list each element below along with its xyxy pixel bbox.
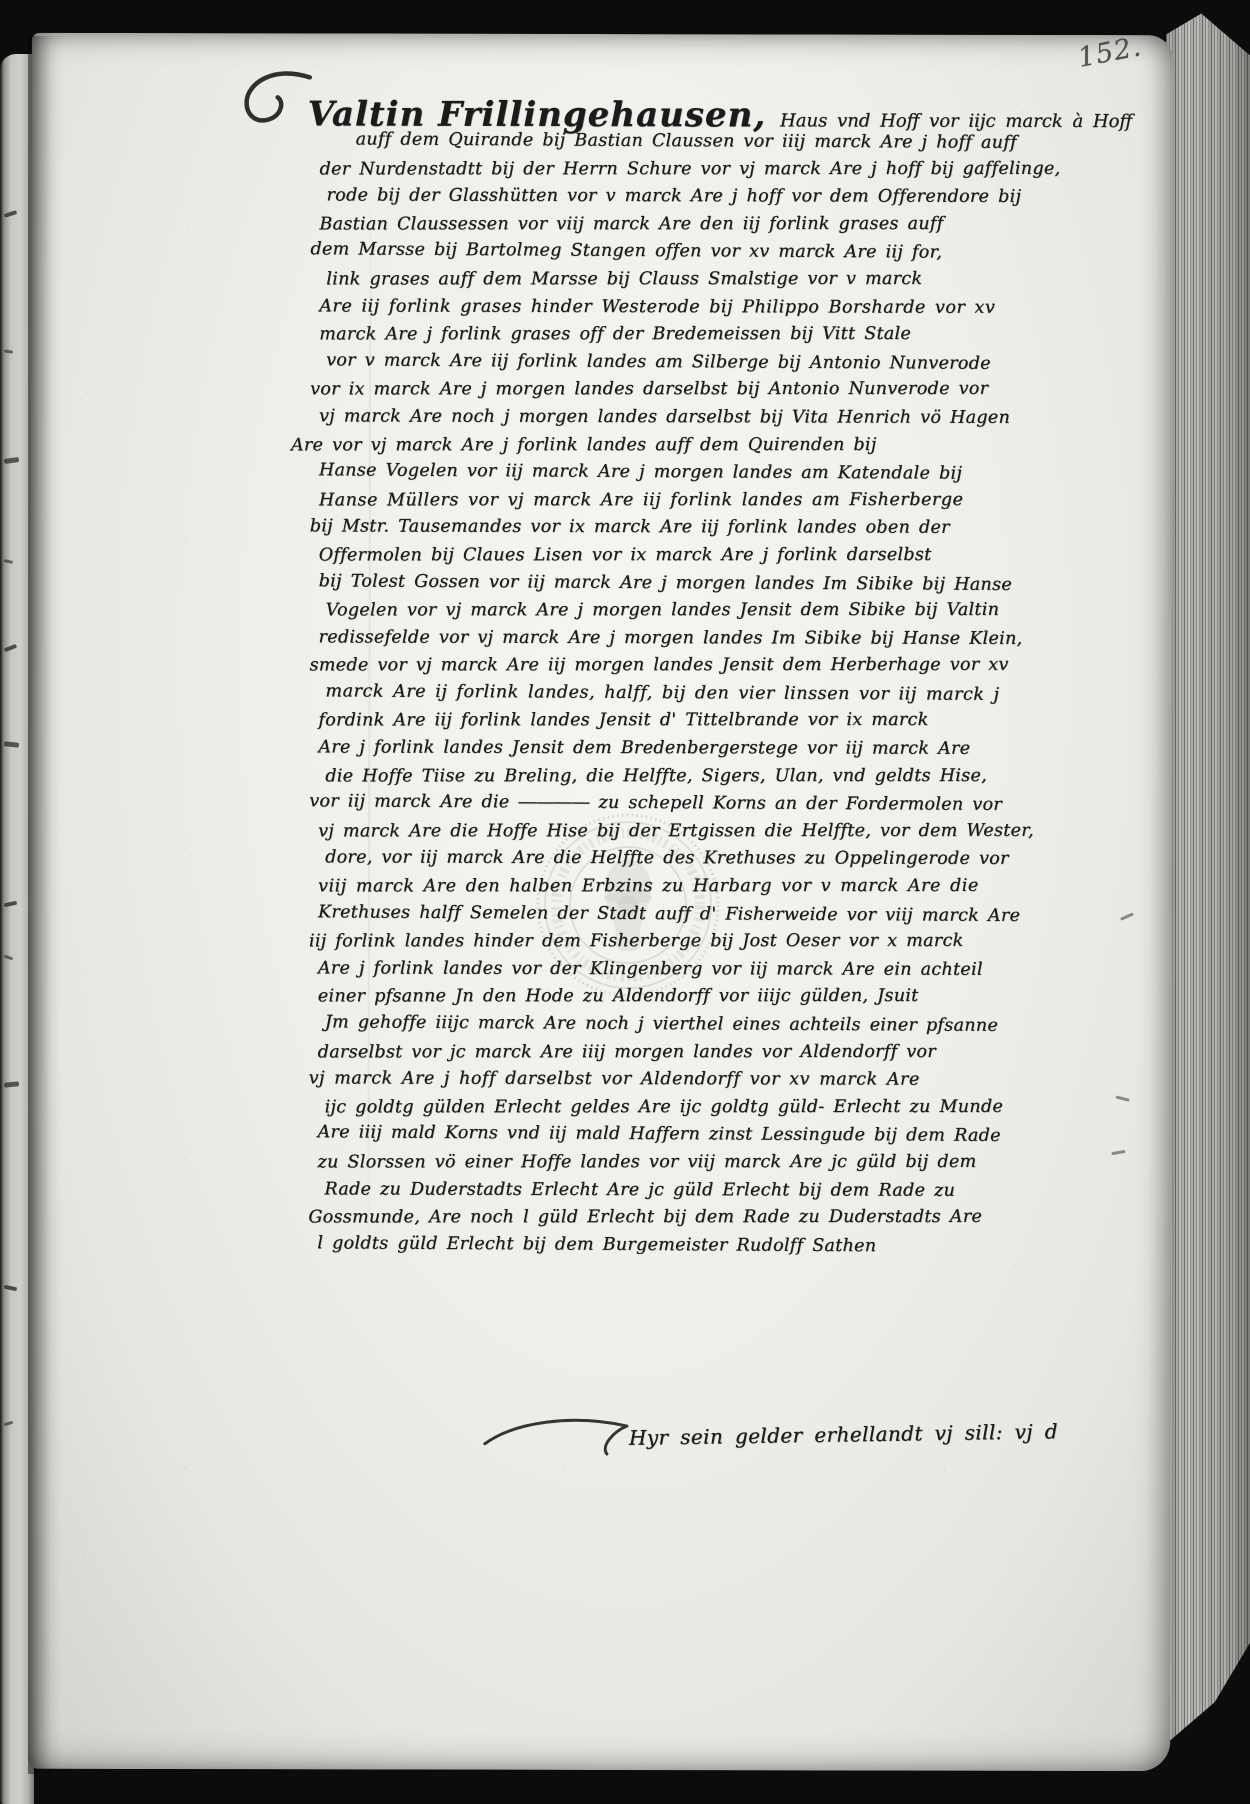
- manuscript-line: redissefelde vor vj marck Are j morgen l…: [319, 624, 1019, 653]
- manuscript-line: bij Tolest Gossen vor iij marck Are j mo…: [319, 568, 1019, 599]
- ink-bleed-mark: [4, 741, 19, 748]
- manuscript-line: fordink Are iij forlink landes Jensit d'…: [318, 707, 1018, 735]
- manuscript-line: Are vor vj marck Are j forlink landes au…: [291, 431, 1019, 459]
- heading-flourish-icon: [240, 67, 314, 137]
- ink-bleed-mark: [4, 644, 18, 653]
- manuscript-line: vor ix marck Are j morgen landes darselb…: [310, 376, 1019, 404]
- manuscript-line: rode bij der Glasshütten vor v marck Are…: [326, 183, 1019, 212]
- archive-stamp-icon: [533, 810, 723, 1000]
- manuscript-line: Gossmunde, Are noch l güld Erlecht bij d…: [308, 1204, 1017, 1232]
- ink-bleed-mark: [4, 901, 18, 908]
- manuscript-line: die Hoffe Tiise zu Breling, die Helffte,…: [325, 763, 1018, 791]
- ink-bleed-mark: [4, 1081, 19, 1088]
- manuscript-line: Rade zu Duderstadts Erlecht Are jc güld …: [324, 1176, 1017, 1205]
- ink-bleed-mark: [4, 559, 13, 564]
- manuscript-line: Offermolen bij Claues Lisen vor ix marck…: [319, 542, 1019, 570]
- manuscript-line: vor v marck Are iij forlink landes am Si…: [326, 347, 1019, 378]
- manuscript-line: der Nurdenstadtt bij der Herrn Schure vo…: [320, 155, 1020, 183]
- scanned-book-photo: 152. Valtin Frillingehausen, Haus vnd Ho…: [0, 0, 1250, 1804]
- sum-note-text: Hyr sein gelder erhellandt vj sill: vj d: [629, 1419, 1058, 1450]
- manuscript-line: l goldts güld Erlecht bij dem Burgemeist…: [317, 1230, 1017, 1261]
- manuscript-line: Are iij forlink grases hinder Westerode …: [319, 293, 1019, 322]
- manuscript-page: 152. Valtin Frillingehausen, Haus vnd Ho…: [28, 33, 1174, 1771]
- manuscript-line: smede vor vj marck Are iij morgen landes…: [309, 652, 1018, 680]
- ink-offset-mark: [1111, 1150, 1125, 1155]
- ink-offset-mark: [1120, 912, 1134, 920]
- ink-offset-mark: [1115, 1095, 1129, 1101]
- fore-edge-pages: [1166, 10, 1250, 1758]
- gutter-shadow: [28, 36, 62, 1774]
- manuscript-line: vj marck Are j hoff darselbst vor Aldend…: [309, 1066, 1018, 1095]
- manuscript-line: Hanse Müllers vor vj marck Are iij forli…: [319, 487, 1019, 515]
- manuscript-line: Are j forlink landes Jensit dem Bredenbe…: [318, 734, 1018, 763]
- manuscript-line: vj marck Are noch j morgen landes darsel…: [319, 403, 1019, 432]
- manuscript-line: darselbst vor jc marck Are iiij morgen l…: [318, 1038, 1018, 1066]
- manuscript-line: Are iiij mald Korns vnd iij mald Haffern…: [317, 1120, 1017, 1151]
- manuscript-line: zu Slorssen vö einer Hoffe landes vor vi…: [317, 1149, 1017, 1177]
- manuscript-line: Jm gehoffe iiijc marck Are noch j vierth…: [325, 1009, 1018, 1040]
- manuscript-line: dem Marsse bij Bartolmeg Stangen offen v…: [310, 237, 1019, 268]
- ink-bleed-mark: [4, 1285, 18, 1292]
- entry-heading: Valtin Frillingehausen, Haus vnd Hoff vo…: [240, 55, 1133, 136]
- manuscript-line: Vogelen vor vj marck Are j morgen landes…: [326, 597, 1019, 625]
- manuscript-line: Hanse Vogelen vor iij marck Are j morgen…: [319, 457, 1019, 488]
- manuscript-line: Bastian Claussessen vor viij marck Are d…: [319, 211, 1019, 239]
- manuscript-line: auff dem Quirande bij Bastian Claussen v…: [356, 126, 1020, 157]
- manuscript-line: ijc goldtg gülden Erlecht geldes Are ijc…: [325, 1094, 1018, 1122]
- ink-bleed-mark: [4, 1421, 13, 1426]
- ink-bleed-mark: [4, 210, 18, 218]
- ink-bleed-mark: [4, 457, 20, 464]
- ink-bleed-mark: [4, 349, 13, 354]
- summary-flourish-icon: [481, 1412, 631, 1456]
- ink-bleed-mark: [4, 955, 13, 961]
- manuscript-line: bij Mstr. Tausemandes vor ix marck Are i…: [310, 514, 1019, 543]
- entry-body: auff dem Quirande bij Bastian Claussen v…: [317, 127, 1019, 1260]
- manuscript-line: marck Are ij forlink landes, halff, bij …: [325, 678, 1018, 709]
- manuscript-line: link grases auff dem Marsse bij Clauss S…: [326, 266, 1019, 294]
- sum-note: Hyr sein gelder erhellandt vj sill: vj d: [481, 1412, 1058, 1457]
- manuscript-line: marck Are j forlink grases off der Brede…: [319, 321, 1019, 349]
